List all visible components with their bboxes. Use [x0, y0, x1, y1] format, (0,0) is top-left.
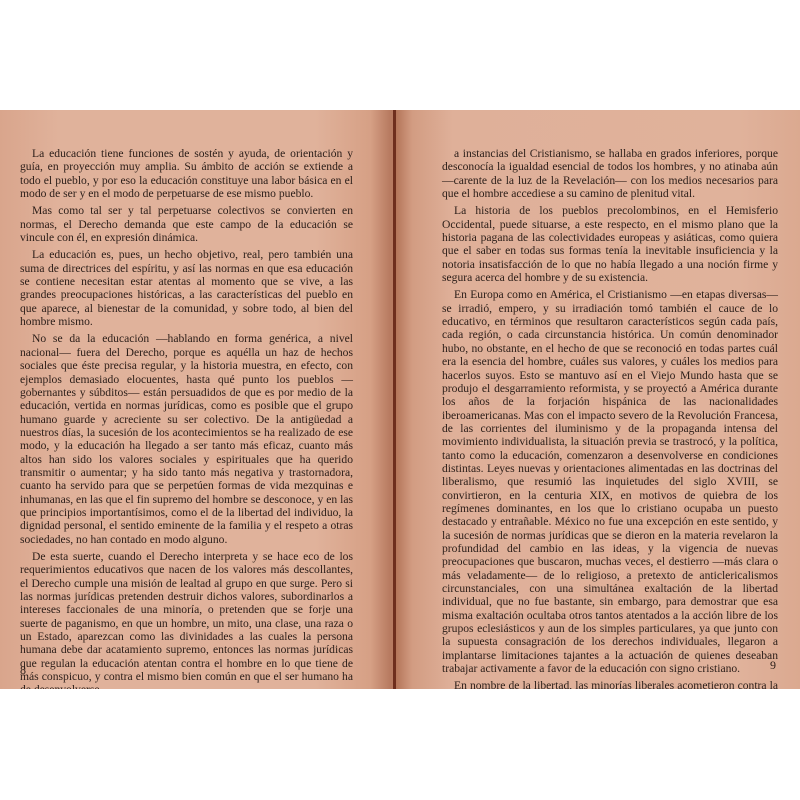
- paragraph: En nombre de la libertad, las minorías l…: [442, 679, 778, 689]
- page-number-right: 9: [770, 658, 776, 673]
- right-page: a instancias del Cristianismo, se hallab…: [396, 110, 800, 689]
- paragraph: No se da la educación —hablando en forma…: [20, 332, 353, 546]
- book-spread: La educación tiene funciones de sostén y…: [0, 110, 800, 689]
- paragraph: De esta suerte, cuando el Derecho interp…: [20, 550, 353, 689]
- paragraph: a instancias del Cristianismo, se hallab…: [442, 147, 778, 200]
- page-number-left: 8: [20, 663, 26, 678]
- paragraph: Mas como tal ser y tal perpetuarse colec…: [20, 204, 353, 244]
- paragraph: La educación es, pues, un hecho objetivo…: [20, 248, 353, 328]
- paragraph: La historia de los pueblos precolombinos…: [442, 204, 778, 284]
- right-page-text: a instancias del Cristianismo, se hallab…: [442, 147, 778, 689]
- left-page-text: La educación tiene funciones de sostén y…: [20, 147, 353, 689]
- left-page: La educación tiene funciones de sostén y…: [0, 110, 394, 689]
- paragraph: La educación tiene funciones de sostén y…: [20, 147, 353, 200]
- paragraph: En Europa como en América, el Cristianis…: [442, 288, 778, 675]
